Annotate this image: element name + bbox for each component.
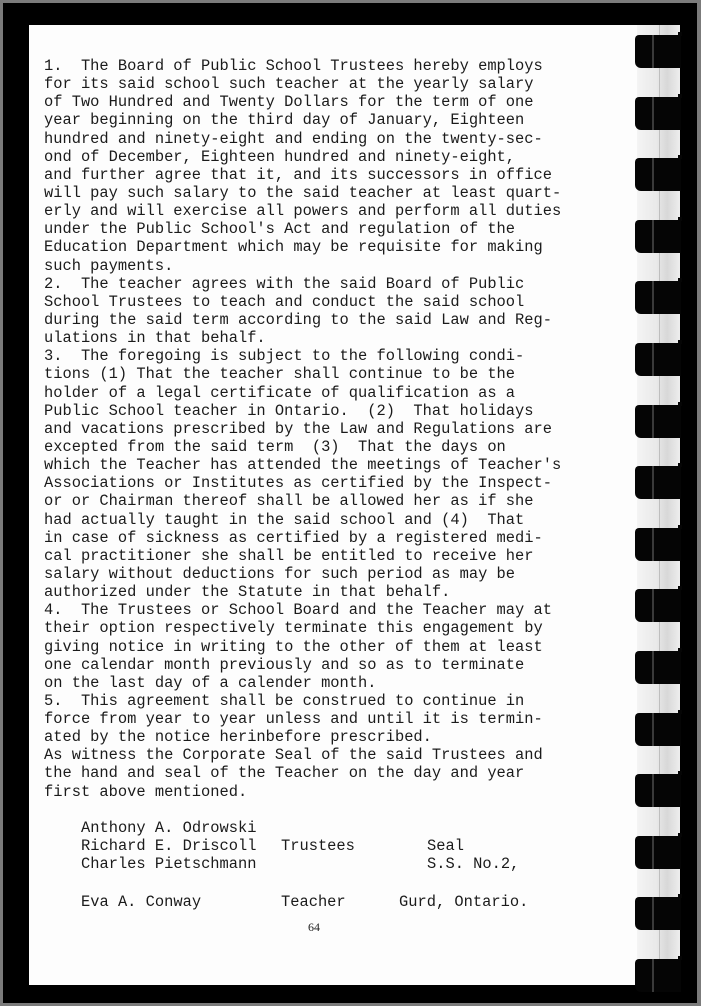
seal-label: Seal <box>427 837 464 855</box>
text-line: 4. The Trustees or School Board and the … <box>44 601 561 619</box>
binding-loop <box>635 343 681 376</box>
text-line: first above mentioned. <box>44 783 561 801</box>
text-line: on the last day of a calender month. <box>44 674 561 692</box>
text-line: tions (1) That the teacher shall continu… <box>44 365 561 383</box>
binding-loop <box>635 405 681 438</box>
teacher-signature: Eva A. Conway <box>81 893 201 911</box>
page-number: 64 <box>308 920 320 935</box>
text-line: in case of sickness as certified by a re… <box>44 529 561 547</box>
text-line: authorized under the Statute in that beh… <box>44 583 561 601</box>
text-line: School Trustees to teach and conduct the… <box>44 293 561 311</box>
text-line: ulations in that behalf. <box>44 329 561 347</box>
binding-loop <box>635 281 681 314</box>
text-line: had actually taught in the said school a… <box>44 511 561 529</box>
contract-body-text: 1. The Board of Public School Trustees h… <box>44 57 561 801</box>
text-line: As witness the Corporate Seal of the sai… <box>44 746 561 764</box>
text-line: giving notice in writing to the other of… <box>44 638 561 656</box>
text-line: under the Public School's Act and regula… <box>44 220 561 238</box>
binding-loop <box>635 466 681 499</box>
text-line: Education Department which may be requis… <box>44 238 561 256</box>
binding-loop <box>635 713 681 746</box>
binding-loop <box>635 774 681 807</box>
text-line: their option respectively terminate this… <box>44 619 561 637</box>
binding-loop <box>635 35 681 68</box>
text-line: holder of a legal certificate of qualifi… <box>44 384 561 402</box>
school-section-label: S.S. No.2, <box>427 855 519 873</box>
text-line: or or Chairman thereof shall be allowed … <box>44 492 561 510</box>
text-line: year beginning on the third day of Janua… <box>44 111 561 129</box>
text-line: ated by the notice herinbefore prescribe… <box>44 728 561 746</box>
text-line: Associations or Institutes as certified … <box>44 474 561 492</box>
text-line: for its said school such teacher at the … <box>44 75 561 93</box>
text-line: will pay such salary to the said teacher… <box>44 184 561 202</box>
teacher-label: Teacher <box>281 893 346 911</box>
binding-loop <box>635 97 681 130</box>
text-line: and further agree that it, and its succe… <box>44 166 561 184</box>
text-line: the hand and seal of the Teacher on the … <box>44 764 561 782</box>
text-line: 3. The foregoing is subject to the follo… <box>44 347 561 365</box>
text-line: ond of December, Eighteen hundred and ni… <box>44 148 561 166</box>
trustee-signature-1: Anthony A. Odrowski <box>81 819 256 837</box>
text-line: erly and will exercise all powers and pe… <box>44 202 561 220</box>
binding-loop <box>635 528 681 561</box>
text-line: force from year to year unless and until… <box>44 710 561 728</box>
binding-loop <box>635 158 681 191</box>
trustee-signature-3: Charles Pietschmann <box>81 855 256 873</box>
text-line: which the Teacher has attended the meeti… <box>44 456 561 474</box>
text-line: Public School teacher in Ontario. (2) Th… <box>44 402 561 420</box>
text-line: salary without deductions for such perio… <box>44 565 561 583</box>
text-line: and vacations prescribed by the Law and … <box>44 420 561 438</box>
binding-loop <box>635 897 681 930</box>
location-label: Gurd, Ontario. <box>399 893 528 911</box>
binding-loop <box>635 589 681 622</box>
text-line: 5. This agreement shall be construed to … <box>44 692 561 710</box>
text-line: one calendar month previously and so as … <box>44 656 561 674</box>
text-line: 1. The Board of Public School Trustees h… <box>44 57 561 75</box>
text-line: hundred and ninety-eight and ending on t… <box>44 130 561 148</box>
binding-loop <box>635 220 681 253</box>
text-line: excepted from the said term (3) That the… <box>44 438 561 456</box>
binding-loop <box>635 651 681 684</box>
binding-loop <box>635 959 681 992</box>
text-line: cal practitioner she shall be entitled t… <box>44 547 561 565</box>
text-line: during the said term according to the sa… <box>44 311 561 329</box>
trustee-signature-2: Richard E. Driscoll <box>81 837 256 855</box>
text-line: such payments. <box>44 257 561 275</box>
text-line: 2. The teacher agrees with the said Boar… <box>44 275 561 293</box>
text-line: of Two Hundred and Twenty Dollars for th… <box>44 93 561 111</box>
trustees-label: Trustees <box>281 837 355 855</box>
binding-loop <box>635 836 681 869</box>
